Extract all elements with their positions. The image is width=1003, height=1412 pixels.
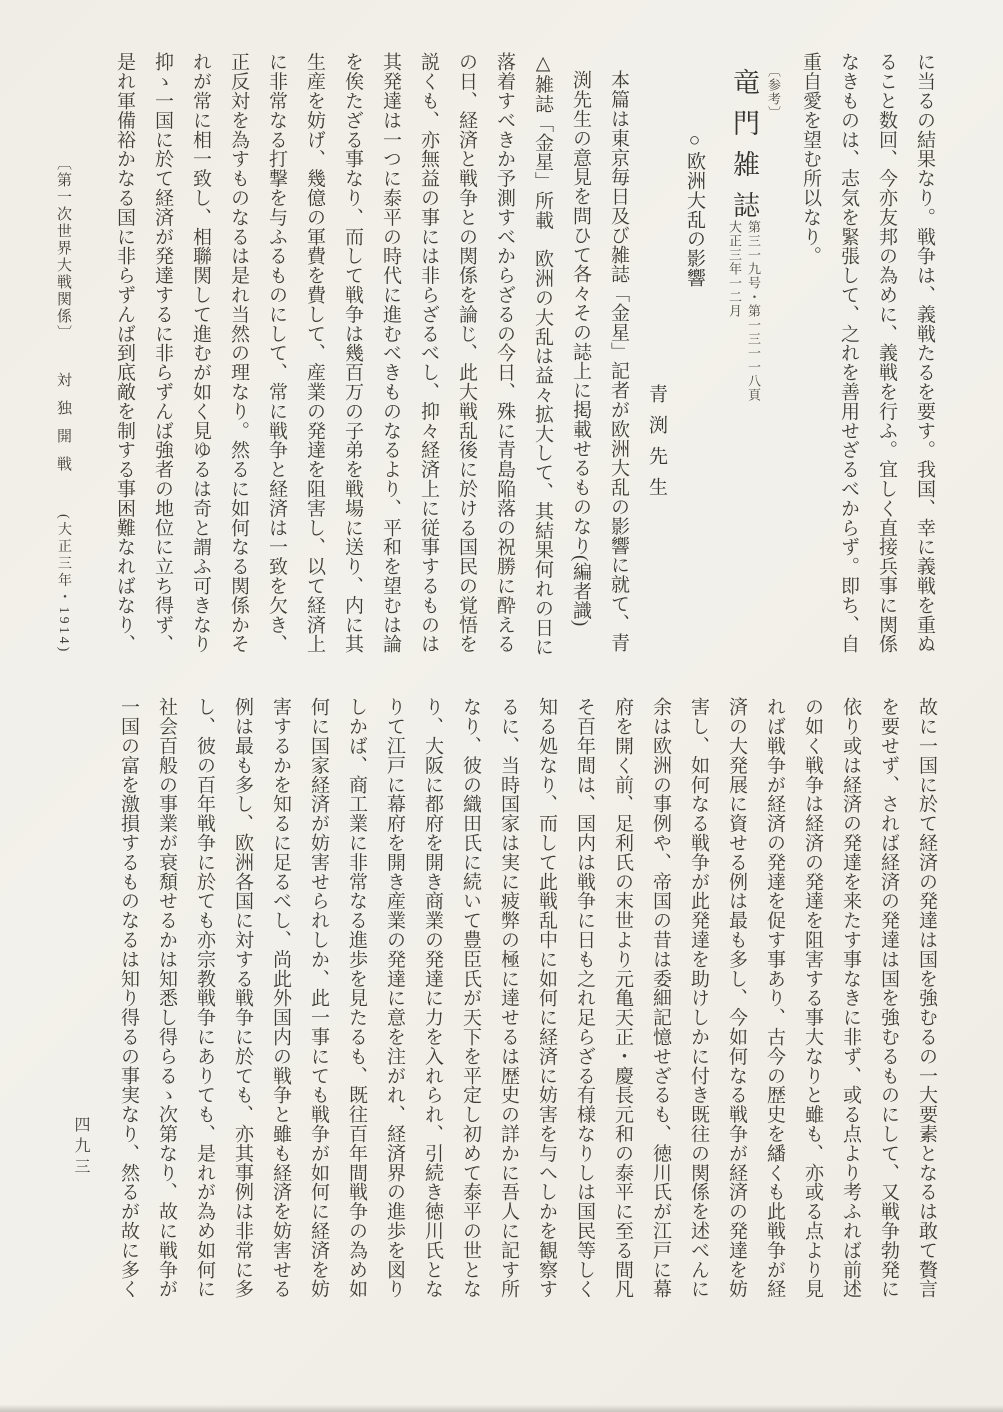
section-heading: ○欧洲大乱の影響	[675, 52, 713, 672]
scanned-book-page: 〔第一次世界大戦関係〕 対独開戦 (大正三年・1914) 四九三 に当るの結果な…	[0, 0, 1003, 1412]
text-line: 府を開く前、足利氏の末世より元亀天正・慶長元和の泰平に至る間凡	[603, 697, 641, 1303]
text-line: 済の大発展に資せる例は最も多し、今如何なる戦争が経済の発達を妨	[717, 697, 755, 1303]
journal-issue-info: 第三一九号・第一三一一八頁	[744, 220, 763, 402]
text-line: 重自愛を望む所以なり。	[791, 52, 829, 672]
text-line: の日、経済と戦争との関係を論じ、此大戦乱後に於ける国民の覚悟を	[447, 52, 485, 672]
text-line: しかば、商工業に非常なる進歩を見たるも、既往百年間戦争の為め如	[337, 697, 375, 1303]
text-line: 害するかを知るに足るべし、尚此外国内の戦争と雖も経済を妨害せる	[261, 697, 299, 1303]
text-line: 是れ軍備裕かなる国に非らずんば到底敵を制する事困難なればなり、	[105, 52, 143, 672]
text-line: 抑ゝ一国に於て経済が発達するに非らずんば強者の地位に立ち得ず、	[143, 52, 181, 672]
text-line: なきものは、志気を緊張して、之れを善用せざるべからず。即ち、自	[829, 52, 867, 672]
text-line: 知る処なり、而して此戦乱中に如何に経済に妨害を与へしかを観察す	[527, 697, 565, 1303]
text-line: るに、当時国家は実に疲弊の極に達せるは歴史の詳かに吾人に記す所	[489, 697, 527, 1303]
margin-section-title: 対独開戦	[55, 372, 71, 484]
text-line: 落着すべきか予測すべからざるの今日、殊に青島陥落の祝勝に酔える	[485, 52, 523, 672]
text-line: 何に国家経済が妨害せられしか、此一事にても戦争が如何に経済を妨	[299, 697, 337, 1303]
bottom-text-block: 故に一国に於て経済の発達は国を強むるの一大要素となるは敢て贅言を要せず、されば経…	[109, 697, 945, 1303]
top-text-block: に当るの結果なり。戦争は、義戦たるを要す。我国、幸に義戦を重ぬること数回、今亦友…	[105, 52, 943, 672]
text-line: 一国の富を激損するものなるは知り得るの事実なり、然るが故に多く	[109, 697, 147, 1303]
text-line: りて江戸に幕府を開き産業の発達に意を注がれ、経済界の進歩を図り	[375, 697, 413, 1303]
page-number: 四九三	[52, 1116, 90, 1206]
reference-label: 〔参考〕	[765, 64, 781, 120]
text-line: 正反対を為すものなるは是れ当然の理なり。然るに如何なる関係かそ	[219, 52, 257, 672]
journal-title: 竜門雑誌	[729, 68, 759, 232]
text-line: れば戦争が経済の発達を促す事あり、古今の歴史を繙くも此戦争が経	[755, 697, 793, 1303]
text-line: し、彼の百年戦争に於ても亦宗教戦争にありても、是れが為め如何に	[185, 697, 223, 1303]
author-name: 青渕先生	[637, 52, 675, 672]
journal-issue-note: 第三一九号・第一三一一八頁 大正三年一二月	[725, 220, 763, 402]
text-line: そ百年間は、国内は戦争に日も之れ足らざる有様なりしは国民等しく	[565, 697, 603, 1303]
text-line: を俟たざる事なり、而して戦争は幾百万の子弟を戦場に送り、内に其	[333, 52, 371, 672]
text-line: 余は欧洲の事例や、帝国の昔は委細記憶せざるも、徳川氏が江戸に幕	[641, 697, 679, 1303]
text-line: 生産を妨げ、幾億の軍費を費して、産業の発達を阻害し、以て経済上	[295, 52, 333, 672]
margin-series-label: 〔第一次世界大戦関係〕	[55, 155, 71, 342]
text-line: り、大阪に都府を開き商業の発達に力を入れられ、引続き徳川氏とな	[413, 697, 451, 1303]
text-line: 依り或は経済の発達を来たす事なきに非ず、或る点より考ふれば前述	[831, 697, 869, 1303]
text-line: 渕先生の意見を問ひて各々その誌上に掲載せるものなり(編者識)	[561, 52, 599, 672]
text-line: 害し、如何なる戦争が此発達を助けしかに付き既往の関係を述べんに	[679, 697, 717, 1303]
margin-section-date: (大正三年・1914)	[56, 514, 71, 654]
text-line: 説くも、亦無益の事には非らざるべし、抑々経済上に従事するものは	[409, 52, 447, 672]
reference-header: 〔参考〕 竜門雑誌 第三一九号・第一三一一八頁 大正三年一二月	[713, 52, 791, 672]
margin-label: 〔第一次世界大戦関係〕 対独開戦 (大正三年・1914)	[34, 155, 72, 775]
text-line: なり、彼の織田氏に続いて豊臣氏が天下を平定し初めて泰平の世とな	[451, 697, 489, 1303]
text-line: れが常に相一致し、相聯関して進むが如く見ゆるは奇と謂ふ可きなり	[181, 52, 219, 672]
text-line: 其発達は一つに泰平の時代に進むべきものなるより、平和を望むは論	[371, 52, 409, 672]
text-line: に当るの結果なり。戦争は、義戦たるを要す。我国、幸に義戦を重ぬ	[905, 52, 943, 672]
journal-issue-date: 大正三年一二月	[725, 220, 744, 402]
text-line: 本篇は東京毎日及び雑誌「金星」記者が欧洲大乱の影響に就て、青	[599, 52, 637, 672]
text-line: の如く戦争は経済の発達を阻害する事大なりと雖も、亦或る点より見	[793, 697, 831, 1303]
text-line: △雑誌「金星」所載 欧洲の大乱は益々拡大して、其結果何れの日に	[523, 52, 561, 672]
text-line: 社会百般の事業が衰頽せるかは知悉し得らるゝ次第なり、故に戦争が	[147, 697, 185, 1303]
text-line: に非常なる打撃を与ふるものにして、常に戦争と経済は一致を欠き、	[257, 52, 295, 672]
text-line: 例は最も多し、欧洲各国に対する戦争に於ても、亦其事例は非常に多	[223, 697, 261, 1303]
text-line: を要せず、されば経済の発達は国を強むるものにして、又戦争勃発に	[869, 697, 907, 1303]
text-line: ること数回、今亦友邦の為めに、義戦を行ふ。宜しく直接兵事に関係	[867, 52, 905, 672]
text-line: 故に一国に於て経済の発達は国を強むるの一大要素となるは敢て贅言	[907, 697, 945, 1303]
